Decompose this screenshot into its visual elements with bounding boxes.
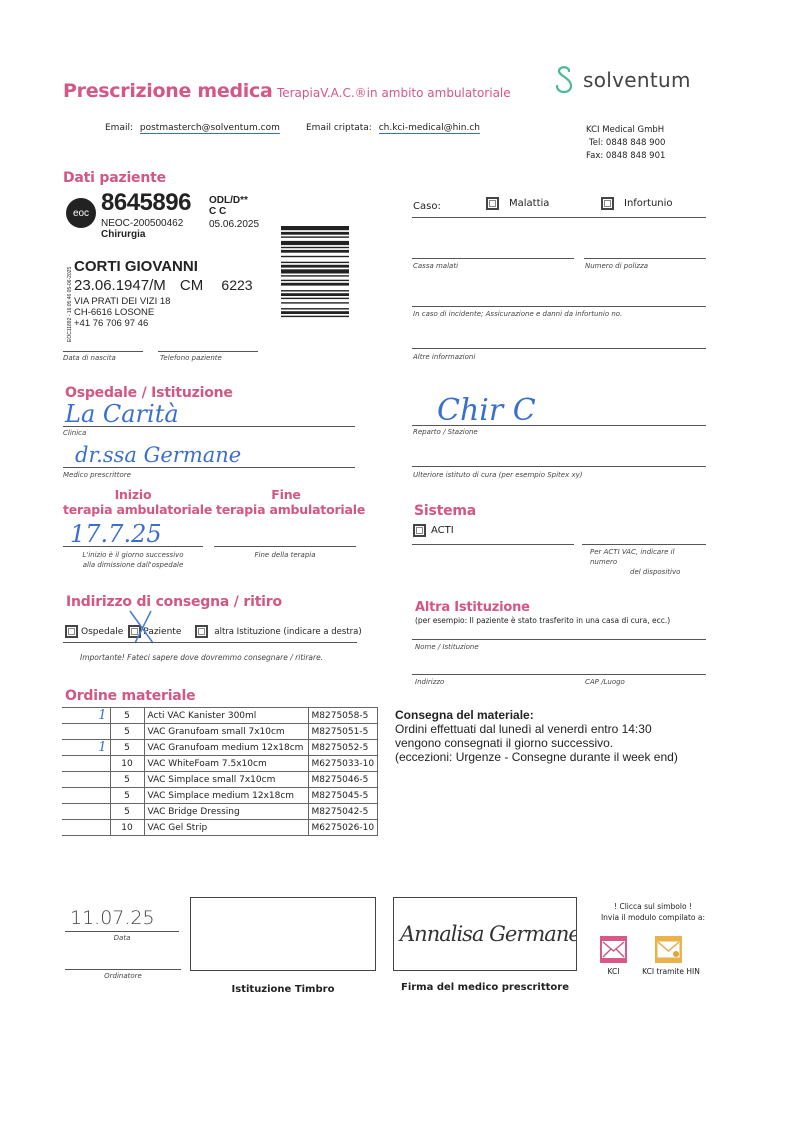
description-cell: VAC Simplace medium 12x18cm [144,788,308,804]
title-main: Prescrizione medica [63,80,272,102]
case-malattia[interactable]: Malattia [486,197,549,210]
section-materials: Ordine materiale [65,688,195,704]
stamp-caption: Istituzione Timbro [190,984,376,995]
ospedale-checkbox[interactable] [65,625,78,638]
patient-name: CORTI GIOVANNI [74,258,198,275]
therapy-end-title: Fine terapia ambulatoriale [216,487,356,517]
materials-table: 15Acti VAC Kanister 300mlM8275058-55VAC … [62,707,378,836]
therapy-end-field[interactable] [214,546,356,547]
table-row: 10VAC Gel StripM6275026-10 [62,820,378,836]
description-cell: Acti VAC Kanister 300ml [144,708,308,724]
therapy-end-caption: Fine della terapia [214,551,356,559]
pack-qty-cell: 10 [110,820,144,836]
altra-istituzione-checkbox[interactable] [195,625,208,638]
table-row: 5VAC Granufoam small 7x10cmM8275051-5 [62,724,378,740]
case-label: Caso: [413,201,441,212]
infortunio-checkbox[interactable] [601,197,614,210]
policy-caption: Numero di polizza [585,262,648,270]
pack-qty-cell: 5 [110,740,144,756]
description-cell: VAC Gel Strip [144,820,308,836]
ward-caption: Reparto / Stazione [413,428,478,436]
patient-street: VIA PRATI DEI VIZI 18 [74,296,170,307]
company-block: KCI Medical GmbH Tel: 0848 848 900 Fax: … [586,124,665,163]
company-fax: Fax: 0848 848 901 [586,150,665,163]
article-code-cell: M6275026-10 [308,820,378,836]
patient-birth-sex: 23.06.1947/M [74,277,166,294]
patient-label: eoc 8645896 ODL/D** C C NEOC-200500462 0… [63,190,283,340]
therapy-start-value[interactable]: 17.7.25 [70,520,162,548]
order-date-value[interactable]: 11.07.25 [70,907,155,929]
doctor-value[interactable]: dr.ssa Germane [75,443,241,467]
email-encrypted-row: Email criptata: ch.kci-medical@hin.ch [306,123,480,133]
phone-caption: Telefono paziente [160,354,222,362]
patient-ward: CM [180,277,203,294]
stamp-box[interactable] [190,897,376,971]
paziente-cross-mark [126,609,156,645]
other-institution-hint: (per esempio: Il paziente è stato trasfe… [415,616,670,625]
email-link[interactable]: postmasterch@solventum.com [140,123,280,134]
section-delivery: Indirizzo di consegna / ritiro [66,594,282,610]
email-row: Email: postmasterch@solventum.com [105,123,280,133]
solventum-logo: solventum [551,63,691,97]
device-number-field[interactable] [582,544,706,545]
delivery-note: Importante! Fateci sapere dove dovremmo … [80,653,323,662]
delivery-options: Ospedale Paziente altra Istituzione (ind… [65,625,362,638]
pack-qty-cell: 5 [110,788,144,804]
further-institution-caption: Ulteriore istituto di cura (per esempio … [413,471,582,479]
table-row: 5VAC Simplace small 7x10cmM8275046-5 [62,772,378,788]
email-encrypted-label: Email criptata: [306,123,372,133]
policy-field[interactable] [584,258,706,259]
clinic-caption: Clinica [63,429,86,437]
description-cell: VAC Simplace small 7x10cm [144,772,308,788]
delivery-info: Consegna del materiale: Ordini effettuat… [395,708,678,764]
institution-name-field[interactable] [412,639,706,640]
ordered-qty-cell[interactable]: 1 [62,740,110,756]
ward-value[interactable]: Chir C [437,393,536,428]
doctor-signature: Annalisa Germane [400,922,577,946]
document-title: Prescrizione medica TerapiaV.A.C.®in amb… [63,80,511,102]
table-row: 15Acti VAC Kanister 300mlM8275058-5 [62,708,378,724]
malattia-checkbox[interactable] [486,197,499,210]
institution-address-field[interactable] [412,674,706,675]
birth-caption: Data di nascita [63,354,116,362]
pack-qty-cell: 5 [110,724,144,740]
clinic-value[interactable]: La Carità [65,400,179,428]
pack-qty-cell: 5 [110,772,144,788]
company-tel: Tel: 0848 848 900 [586,137,665,150]
article-code-cell: M8275042-5 [308,804,378,820]
article-code-cell: M8275052-5 [308,740,378,756]
accident-field[interactable] [412,306,706,307]
institution-zip-caption: CAP /Luogo [585,678,625,686]
email-label: Email: [105,123,133,133]
table-row: 10VAC WhiteFoam 7.5x10cmM6275033-10 [62,756,378,772]
logo-text: solventum [583,68,691,92]
orderer-caption: Ordinatore [65,972,181,980]
ordered-qty-cell[interactable] [62,788,110,804]
patient-phone: +41 76 706 97 46 [74,318,148,329]
insurer-caption: Cassa malati [413,262,458,270]
section-system: Sistema [414,503,476,519]
section-other-institution: Altra Istituzione [415,600,530,615]
send-hint: ! Clicca sul simbolo ! Invia il modulo c… [588,901,718,923]
patient-room: 6223 [221,277,252,293]
doctor-caption: Medico prescrittore [63,471,131,479]
other-info-field[interactable] [412,348,706,349]
barcode [281,224,351,334]
ordered-qty-cell[interactable] [62,772,110,788]
article-code-cell: M8275058-5 [308,708,378,724]
label-code1: ODL/D** [209,195,248,206]
title-sub: TerapiaV.A.C.®in ambito ambulatoriale [277,86,511,100]
send-kci-hin-button[interactable]: KCI tramite HIN [641,936,701,976]
ordered-qty-cell[interactable] [62,724,110,740]
institution-name-caption: Nome / Istituzione [415,643,479,651]
case-number: 8645896 [101,189,191,217]
insurer-field[interactable] [412,258,574,259]
ordered-qty-cell[interactable]: 1 [62,708,110,724]
pack-qty-cell: 10 [110,756,144,772]
institution-address-caption: Indirizzo [415,678,444,686]
therapy-start-caption: L'inizio è il giorno successivo alla dim… [63,550,203,570]
further-institution-field[interactable] [412,466,706,467]
company-name: KCI Medical GmbH [586,124,665,137]
ordered-qty-cell[interactable] [62,820,110,836]
pack-qty-cell: 5 [110,708,144,724]
device-caption: Per ACTI VAC, indicare il numero del dis… [590,547,680,577]
label-side-code: EOC11892 - 16:05:46 05-06-2025 [67,252,73,342]
solventum-s-icon [551,63,577,97]
signature-box[interactable]: Annalisa Germane [393,897,577,971]
label-date: 05.06.2025 [209,219,259,230]
article-code-cell: M8275045-5 [308,788,378,804]
description-cell: VAC Granufoam small 7x10cm [144,724,308,740]
label-code2: C C [209,206,226,217]
patient-city: CH-6616 LOSONE [74,307,154,318]
section-patient: Dati paziente [63,170,166,186]
signature-caption: Firma del medico prescrittore [393,982,577,993]
case-infortunio[interactable]: Infortunio [601,197,673,210]
label-department: Chirurgia [101,229,145,240]
therapy-start-title: Inizio terapia ambulatoriale [63,487,203,517]
acti-checkbox[interactable] [413,524,426,537]
acti-option[interactable]: ACTI [413,524,454,537]
article-code-cell: M8275051-5 [308,724,378,740]
kci-mail-icon[interactable] [600,936,627,963]
table-row: 15VAC Granufoam medium 12x18cmM8275052-5 [62,740,378,756]
accident-caption: In caso di incidente; Assicurazione e da… [413,310,622,318]
article-code-cell: M8275046-5 [308,772,378,788]
description-cell: VAC WhiteFoam 7.5x10cm [144,756,308,772]
description-cell: VAC Bridge Dressing [144,804,308,820]
ordered-qty-cell[interactable] [62,756,110,772]
email-encrypted-link[interactable]: ch.kci-medical@hin.ch [379,123,480,134]
hin-mail-icon[interactable] [655,936,682,963]
section-hospital: Ospedale / Istituzione [65,385,233,401]
ordered-qty-cell[interactable] [62,804,110,820]
eoc-logo: eoc [66,198,96,228]
date-caption: Data [65,934,179,942]
send-kci-button[interactable]: KCI [600,936,627,976]
description-cell: VAC Granufoam medium 12x18cm [144,740,308,756]
table-row: 5VAC Bridge DressingM8275042-5 [62,804,378,820]
pack-qty-cell: 5 [110,804,144,820]
article-code-cell: M6275033-10 [308,756,378,772]
other-info-caption: Altre informazioni [413,353,475,361]
label-neoc: NEOC-200500462 [101,218,183,229]
table-row: 5VAC Simplace medium 12x18cmM8275045-5 [62,788,378,804]
orderer-field[interactable] [65,969,181,970]
